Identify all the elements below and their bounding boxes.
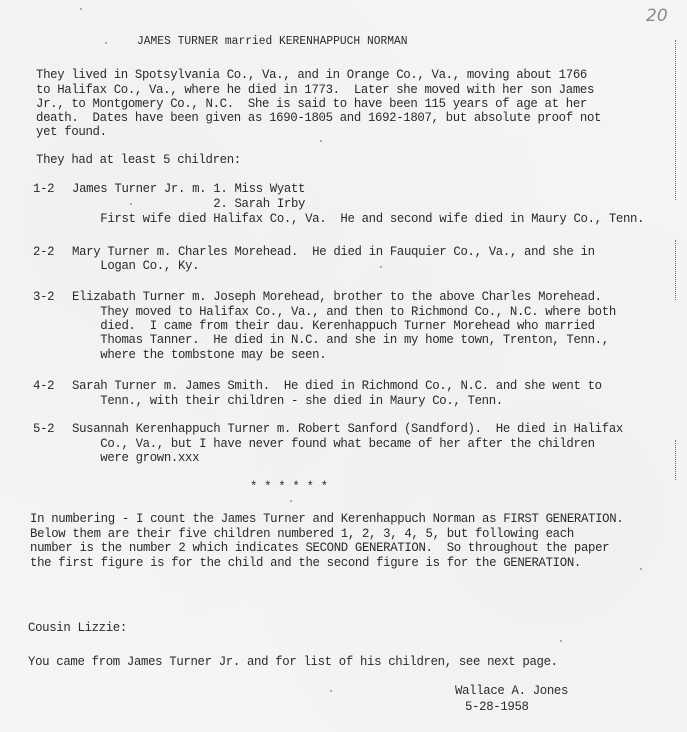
child-line: Tenn., with their children - she died in…	[72, 394, 503, 409]
child-line: Thomas Tanner. He died in N.C. and she i…	[72, 333, 609, 348]
section-separator: * * * * * *	[250, 480, 328, 495]
scan-speck	[640, 568, 642, 570]
scan-speck	[330, 690, 332, 692]
intro-line: to Halifax Co., Va., where he died in 17…	[36, 83, 594, 98]
scan-speck	[290, 500, 292, 502]
closing-line: You came from James Turner Jr. and for l…	[28, 655, 558, 670]
child-line: were grown.xxx	[72, 451, 199, 466]
scan-speck	[80, 8, 82, 10]
child-line: James Turner Jr. m. 1. Miss Wyatt	[72, 182, 305, 197]
child-line: where the tombstone may be seen.	[72, 348, 326, 363]
intro-line: yet found.	[36, 125, 107, 140]
scan-speck	[105, 42, 107, 44]
child-line: First wife died Halifax Co., Va. He and …	[72, 212, 644, 227]
note-line: In numbering - I count the James Turner …	[30, 512, 623, 527]
child-line: Elizabath Turner m. Joseph Morehead, bro…	[72, 290, 602, 305]
note-line: Below them are their five children numbe…	[30, 527, 574, 542]
page-edge-mark	[675, 40, 676, 200]
child-line: 2. Sarah Irby	[72, 197, 305, 212]
children-heading: They had at least 5 children:	[36, 153, 241, 168]
child-line: Co., Va., but I have never found what be…	[72, 437, 595, 452]
child-line: Mary Turner m. Charles Morehead. He died…	[72, 245, 595, 260]
scan-speck	[380, 266, 382, 268]
scan-speck	[560, 640, 562, 642]
child-number: 4-2	[33, 379, 54, 394]
child-line: died. I came from their dau. Kerenhappuc…	[72, 319, 595, 334]
scan-speck	[48, 118, 50, 120]
page-number: 20	[646, 6, 668, 26]
document-title: JAMES TURNER married KERENHAPPUCH NORMAN	[137, 34, 408, 49]
child-number: 2-2	[33, 245, 54, 260]
document-page: 20 JAMES TURNER married KERENHAPPUCH NOR…	[0, 0, 687, 732]
intro-line: death. Dates have been given as 1690-180…	[36, 111, 601, 126]
scan-speck	[320, 140, 322, 142]
child-line: Sarah Turner m. James Smith. He died in …	[72, 379, 602, 394]
salutation: Cousin Lizzie:	[28, 621, 127, 636]
intro-line: Jr., to Montgomery Co., N.C. She is said…	[36, 97, 587, 112]
child-number: 1-2	[33, 182, 54, 197]
child-line: They moved to Halifax Co., Va., and then…	[72, 305, 616, 320]
note-line: the first figure is for the child and th…	[30, 556, 581, 571]
page-edge-mark	[675, 240, 676, 300]
note-line: number is the number 2 which indicates S…	[30, 541, 609, 556]
child-line: Logan Co., Ky.	[72, 259, 199, 274]
signature-name: Wallace A. Jones	[455, 684, 568, 699]
child-line: Susannah Kerenhappuch Turner m. Robert S…	[72, 422, 623, 437]
signature-date: 5-28-1958	[465, 700, 529, 715]
scan-speck	[130, 203, 132, 205]
intro-line: They lived in Spotsylvania Co., Va., and…	[36, 68, 587, 83]
child-number: 3-2	[33, 290, 54, 305]
child-number: 5-2	[33, 422, 54, 437]
page-edge-mark	[675, 440, 676, 480]
